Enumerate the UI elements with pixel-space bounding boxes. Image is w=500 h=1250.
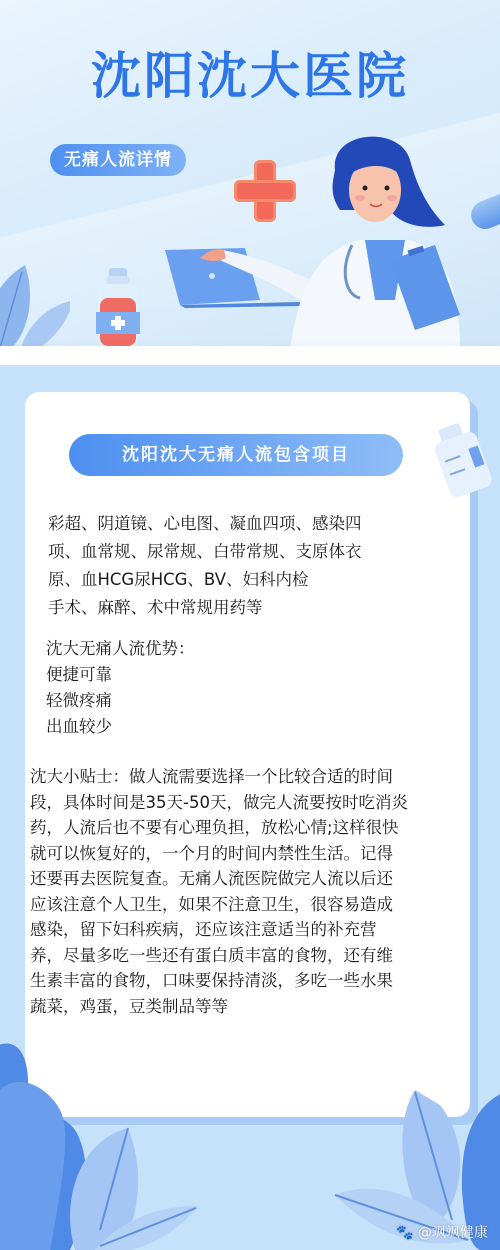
items-line: 手术、麻醉、术中常规用药等 bbox=[48, 594, 428, 622]
hospital-title: 沈阳沈大医院 bbox=[0, 44, 500, 108]
tips-line: 沈大小贴士：做人流需要选择一个比较合适的时间 bbox=[30, 764, 450, 790]
tips-line: 还要再去医院复查。无痛人流医院做完人流以后还 bbox=[30, 866, 450, 892]
tips-line: 感染，留下妇科疾病，还应该注意适当的补充营 bbox=[30, 917, 450, 943]
paw-icon: 🐾 bbox=[396, 1225, 413, 1241]
included-items-text: 彩超、阴道镜、心电图、凝血四项、感染四 项、血常规、尿常规、白带常规、支原体衣 … bbox=[48, 510, 428, 622]
tips-line: 就可以恢复好的，一个月的时间内禁性生活。记得 bbox=[30, 841, 450, 867]
advantage-item: 轻微疼痛 bbox=[46, 688, 346, 714]
doctor-illustration bbox=[160, 130, 480, 350]
advantage-item: 便捷可靠 bbox=[46, 662, 346, 688]
medicine-bottle-icon bbox=[432, 420, 500, 500]
section-title-pill: 沈阳沈大无痛人流包含项目 bbox=[69, 434, 403, 476]
tips-line: 养，尽量多吃一些还有蛋白质丰富的食物，还有维 bbox=[30, 943, 450, 969]
advantages-section: 沈大无痛人流优势： 便捷可靠 轻微疼痛 出血较少 bbox=[46, 636, 346, 740]
tips-line: 蔬菜，鸡蛋，豆类制品等等 bbox=[30, 994, 450, 1020]
tips-line: 药，人流后也不要有心理负担，放松心情;这样很快 bbox=[30, 815, 450, 841]
hero-banner: 沈阳沈大医院 无痛人流详情 bbox=[0, 0, 500, 365]
desk-counter bbox=[0, 346, 500, 365]
advantage-item: 出血较少 bbox=[46, 714, 346, 740]
items-line: 彩超、阴道镜、心电图、凝血四项、感染四 bbox=[48, 510, 428, 538]
medicine-bottle-icon bbox=[96, 268, 140, 352]
tips-paragraph: 沈大小贴士：做人流需要选择一个比较合适的时间 段，具体时间是35天-50天，做完… bbox=[30, 764, 450, 1019]
items-line: 原、血HCG尿HCG、BV、妇科内检 bbox=[48, 566, 428, 594]
tips-line: 生素丰富的食物，口味要保持清淡，多吃一些水果 bbox=[30, 968, 450, 994]
tips-line: 段，具体时间是35天-50天，做完人流要按时吃消炎 bbox=[30, 790, 450, 816]
watermark-text: @飒飒健康 bbox=[418, 1225, 488, 1241]
items-line: 项、血常规、尿常规、白带常规、支原体衣 bbox=[48, 538, 428, 566]
leaf-decoration bbox=[0, 260, 70, 350]
tips-line: 应该注意个人卫生，如果不注意卫生，很容易造成 bbox=[30, 892, 450, 918]
watermark: 🐾 @飒飒健康 bbox=[396, 1222, 488, 1242]
advantages-heading: 沈大无痛人流优势： bbox=[46, 636, 346, 662]
leaf-decoration bbox=[0, 1030, 500, 1250]
